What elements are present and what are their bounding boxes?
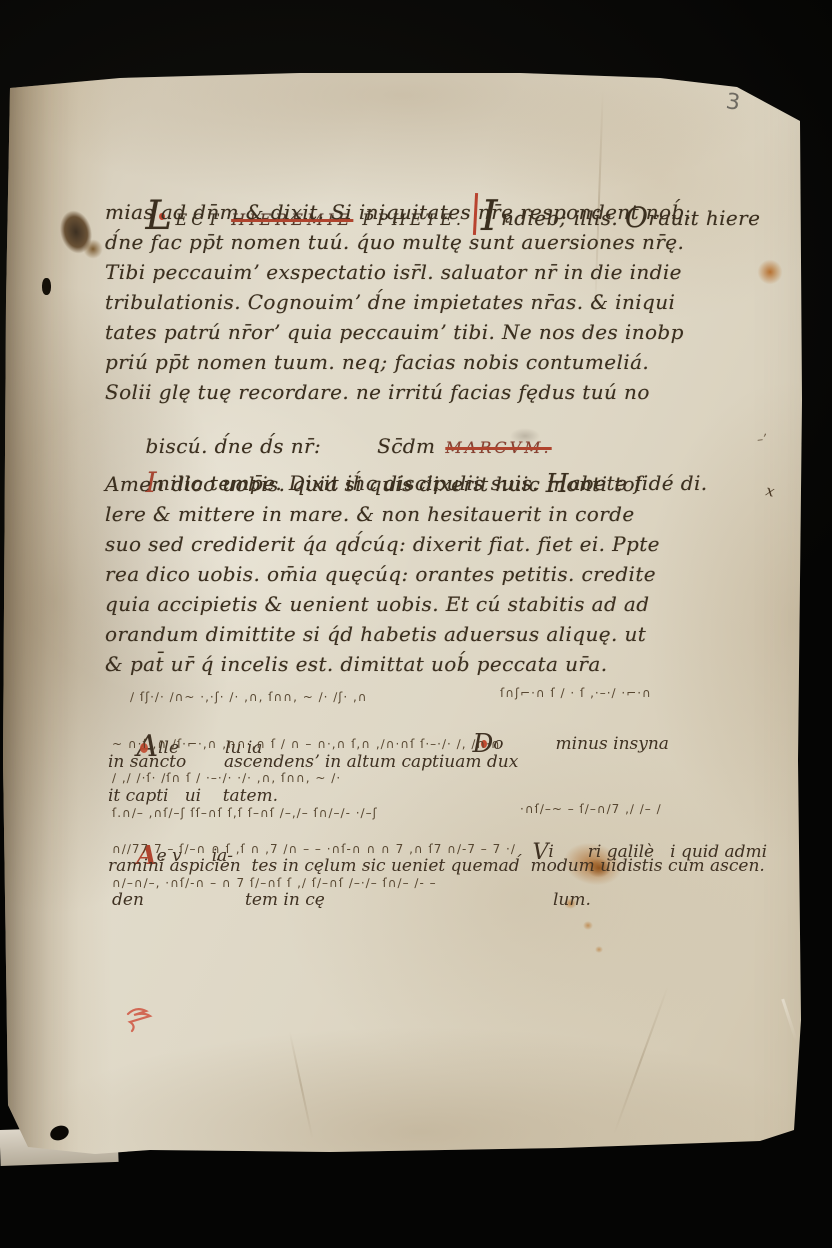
- text-line-6: tates patrú nr̄orʼ quia peccauimʼ tibi.…: [105, 320, 684, 344]
- neume-row: ∩∕–∩∕–, ·∩ſ∕-∩ – ∩ 7 ſ∕–∩ſ ſ ,∕ ſ∕–∩ſ ∕–…: [112, 876, 437, 890]
- text-line-5: tribulationis. Cognouimʼ d́ne impietates…: [105, 290, 675, 314]
- photo-background: LECT HIEREMIE P̃PHETE.Indieb; illis. Ora…: [0, 0, 832, 1248]
- text-line-17: & pat̄ ur̄ q́ incelis est. dimittat uob́…: [105, 652, 607, 676]
- text-line-11: Amen dico uobis. quia si quis dixerit hu…: [105, 472, 642, 496]
- cut-corner-edge: [746, 76, 814, 119]
- text-line-8: Solii glę tuę recordare. ne irritú faci…: [105, 380, 650, 404]
- text-line-15: quia accipietis & uenient uobis. Et cú …: [105, 592, 649, 616]
- text-line-14: rea dico uobis. om̄ia quęcúq: orantes p…: [105, 562, 656, 586]
- crease-line: [289, 1031, 314, 1139]
- chant-syllable-temince: tem in cę: [245, 890, 325, 910]
- text-line-4: Tibi peccauimʼ exspectatio isr̄l. saluat…: [105, 260, 682, 284]
- margin-tick-mark: –ʼ: [756, 432, 767, 447]
- margin-x-mark: x: [764, 481, 776, 500]
- text-line-7: priú pp̄t nomen tuum. neq; facias nobis…: [105, 350, 649, 374]
- red-pencil-mark: [120, 1002, 162, 1040]
- text-line-12: lere & mittere in mare. & non hesitaueri…: [105, 502, 635, 526]
- parchment-hole: [42, 278, 51, 295]
- neume-row: ∕ ſʃ·∕· ∕∩~ ·,·ʃ· ∕· ,∩, ſ∩∩, ~ ∕· ∕ʃ· ,…: [130, 690, 368, 704]
- rust-stain: [595, 946, 603, 953]
- edge-tear: [781, 999, 797, 1042]
- crease-line: [613, 984, 670, 1135]
- rust-stain: [754, 256, 786, 288]
- neume-row: ∕ ,∕ ∕·ſ· ∕ſ∩ ſ ∕ ·–·∕· ·∕· ,∩, ſ∩∩, ~ ∕…: [112, 771, 341, 785]
- chant-syllable-den: den: [112, 890, 144, 910]
- chant-line-insancto: in sancto ascendensʼ in altum captiuam d…: [108, 752, 518, 772]
- text-line-13: suo sed crediderit q́a qd́cúq: dixerit …: [105, 532, 660, 556]
- neume-row: ∩∕∕77 7 – ſ∕–∩ ∩ ſ ,ſ ∩ ,7 ∕∩ – – ·∩ſ-∩ …: [112, 842, 516, 856]
- neume-row: ſ∩ʃ⌐·∩ ſ ∕ · ſ ,·–·∕ ·⌐·∩: [500, 686, 652, 700]
- chant-line-ramini: ramini aspicien tes in cęlum sic ueniet …: [108, 856, 765, 876]
- folio-number: 3: [724, 89, 741, 116]
- rust-stain: [583, 921, 593, 930]
- text-line-3: d́ne fac pp̄t nomen tuú. q́uo multę sun…: [105, 230, 684, 254]
- text-line-16: orandum dimittite si q́d habetis aduersu…: [105, 622, 646, 646]
- chant-text: minus insyna: [556, 734, 669, 754]
- chant-syllable-lum: lum.: [553, 890, 591, 910]
- neume-row: ·∩ſ∕–~ – ſ∕–∩∕7 ,∕ ∕– ∕: [520, 802, 662, 816]
- text-line-2: mias ad dn̄m & dixit. Si iniquitates nr̄…: [105, 200, 691, 224]
- neume-row: ~ ∩·ſ·,∩ ∕ſ·⌐·,∩ ,∩∩·,∩ ſ ∕ ∩ – ∩·,∩ ſ,∩…: [112, 737, 501, 751]
- ink-stain: [80, 236, 106, 262]
- chant-line-captivitatem: it capti ui tatem.: [108, 786, 278, 806]
- manuscript-page: LECT HIEREMIE P̃PHETE.Indieb; illis. Ora…: [0, 0, 832, 1248]
